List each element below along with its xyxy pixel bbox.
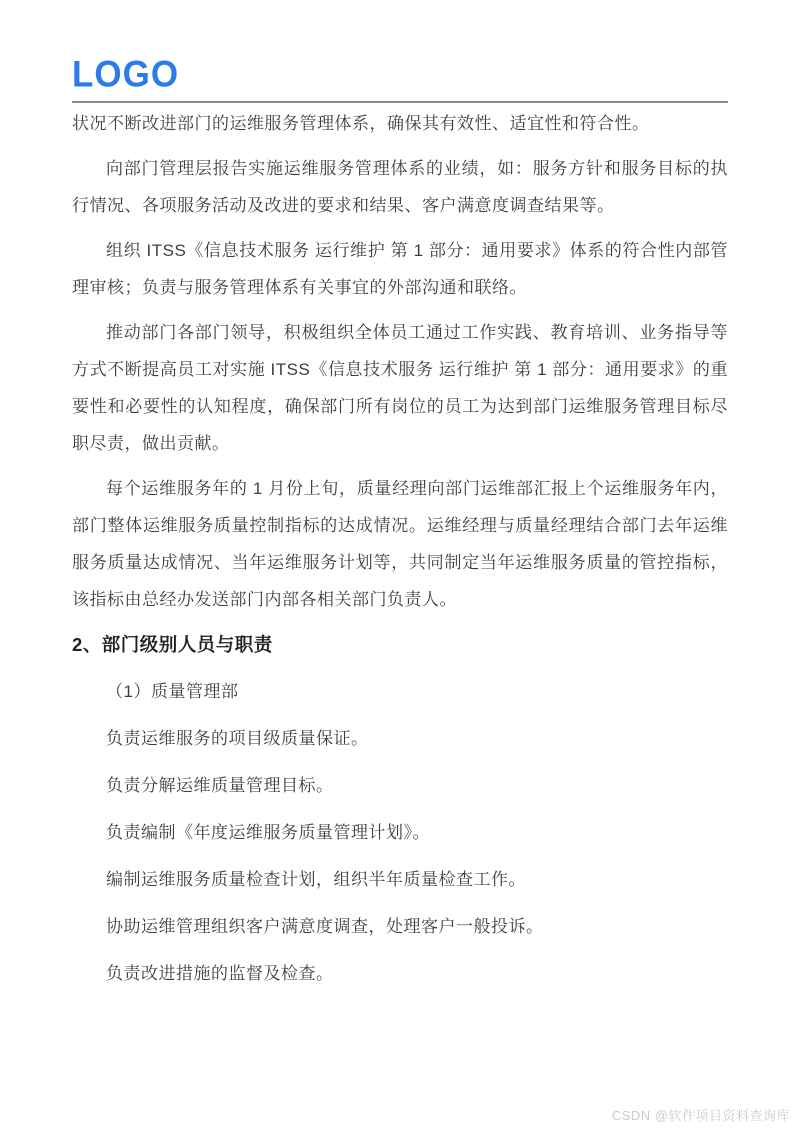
body-paragraph: 每个运维服务年的 1 月份上旬，质量经理向部门运维部汇报上个运维服务年内，部门整… (72, 470, 728, 618)
section-heading: 2、部门级别人员与职责 (72, 626, 728, 663)
company-logo: LOGO (72, 54, 179, 96)
body-paragraph: 向部门管理层报告实施运维服务管理体系的业绩，如：服务方针和服务目标的执行情况、各… (72, 150, 728, 224)
sub-heading: （1）质量管理部 (72, 673, 728, 710)
document-body: 状况不断改进部门的运维服务管理体系，确保其有效性、适宜性和符合性。 向部门管理层… (72, 105, 728, 992)
duty-list-item: 编制运维服务质量检查计划，组织半年质量检查工作。 (72, 861, 728, 898)
header-divider (72, 101, 728, 103)
duty-list-item: 负责运维服务的项目级质量保证。 (72, 720, 728, 757)
duty-list-item: 负责改进措施的监督及检查。 (72, 955, 728, 992)
document-page: LOGO 状况不断改进部门的运维服务管理体系，确保其有效性、适宜性和符合性。 向… (0, 0, 800, 1132)
duty-list-item: 协助运维管理组织客户满意度调查，处理客户一般投诉。 (72, 908, 728, 945)
page-content: LOGO 状况不断改进部门的运维服务管理体系，确保其有效性、适宜性和符合性。 向… (72, 56, 728, 1002)
body-paragraph: 推动部门各部门领导，积极组织全体员工通过工作实践、教育培训、业务指导等方式不断提… (72, 314, 728, 462)
duty-list-item: 负责分解运维质量管理目标。 (72, 767, 728, 804)
duty-list-item: 负责编制《年度运维服务质量管理计划》。 (72, 814, 728, 851)
body-paragraph: 组织 ITSS《信息技术服务 运行维护 第 1 部分：通用要求》体系的符合性内部… (72, 232, 728, 306)
body-paragraph: 状况不断改进部门的运维服务管理体系，确保其有效性、适宜性和符合性。 (72, 105, 728, 142)
csdn-watermark: CSDN @软件项目资料查询库 (612, 1105, 790, 1124)
